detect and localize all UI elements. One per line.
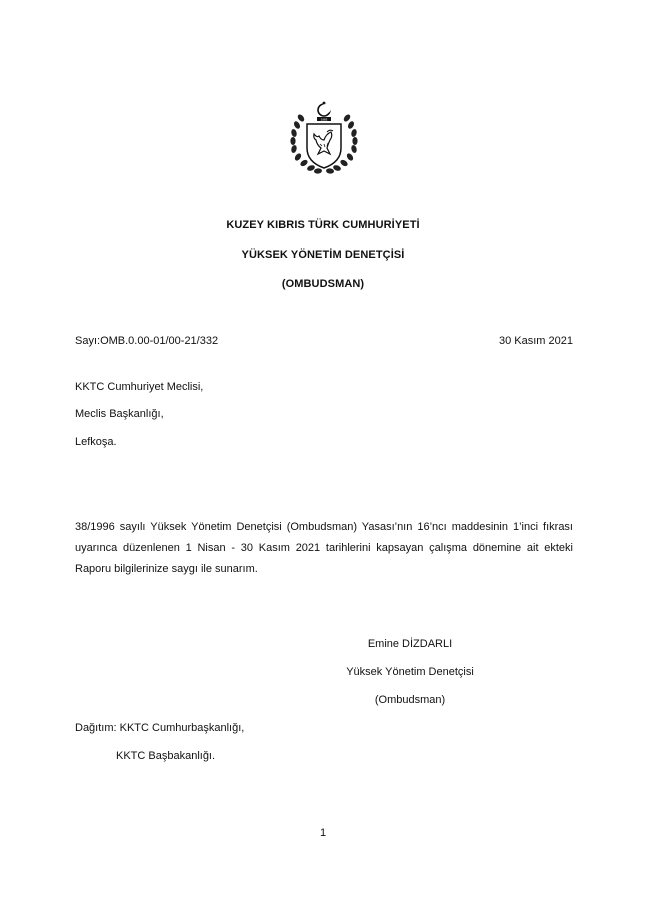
signatory-name: Emine DİZDARLI — [330, 638, 490, 650]
svg-text:1983: 1983 — [321, 117, 328, 121]
addressee-line-3: Lefkoşa. — [75, 436, 117, 448]
body-line: Raporu bilgilerinize saygı ile sunarım. — [75, 559, 573, 580]
body-line: uyarınca düzenlenen 1 Nisan - 30 Kasım 2… — [75, 538, 573, 559]
addressee-line-2: Meclis Başkanlığı, — [75, 408, 164, 420]
document-page: 1983 — [0, 0, 646, 915]
signatory-subtitle: (Ombudsman) — [330, 694, 490, 706]
document-date: 30 Kasım 2021 — [499, 335, 573, 347]
state-emblem-icon: 1983 — [286, 100, 362, 176]
institution-subtitle: (OMBUDSMAN) — [0, 278, 646, 290]
body-paragraph: 38/1996 sayılı Yüksek Yönetim Denetçisi … — [75, 517, 573, 580]
signatory-title: Yüksek Yönetim Denetçisi — [330, 666, 490, 678]
distribution-line-1: Dağıtım: KKTC Cumhurbaşkanlığı, — [75, 722, 244, 734]
country-title: KUZEY KIBRIS TÜRK CUMHURİYETİ — [0, 219, 646, 231]
addressee-line-1: KKTC Cumhuriyet Meclisi, — [75, 381, 203, 393]
reference-number: Sayı:OMB.0.00-01/00-21/332 — [75, 335, 218, 347]
institution-title: YÜKSEK YÖNETİM DENETÇİSİ — [0, 249, 646, 261]
page-number: 1 — [0, 827, 646, 839]
body-line: 38/1996 sayılı Yüksek Yönetim Denetçisi … — [75, 517, 573, 538]
distribution-line-2: KKTC Başbakanlığı. — [116, 750, 215, 762]
